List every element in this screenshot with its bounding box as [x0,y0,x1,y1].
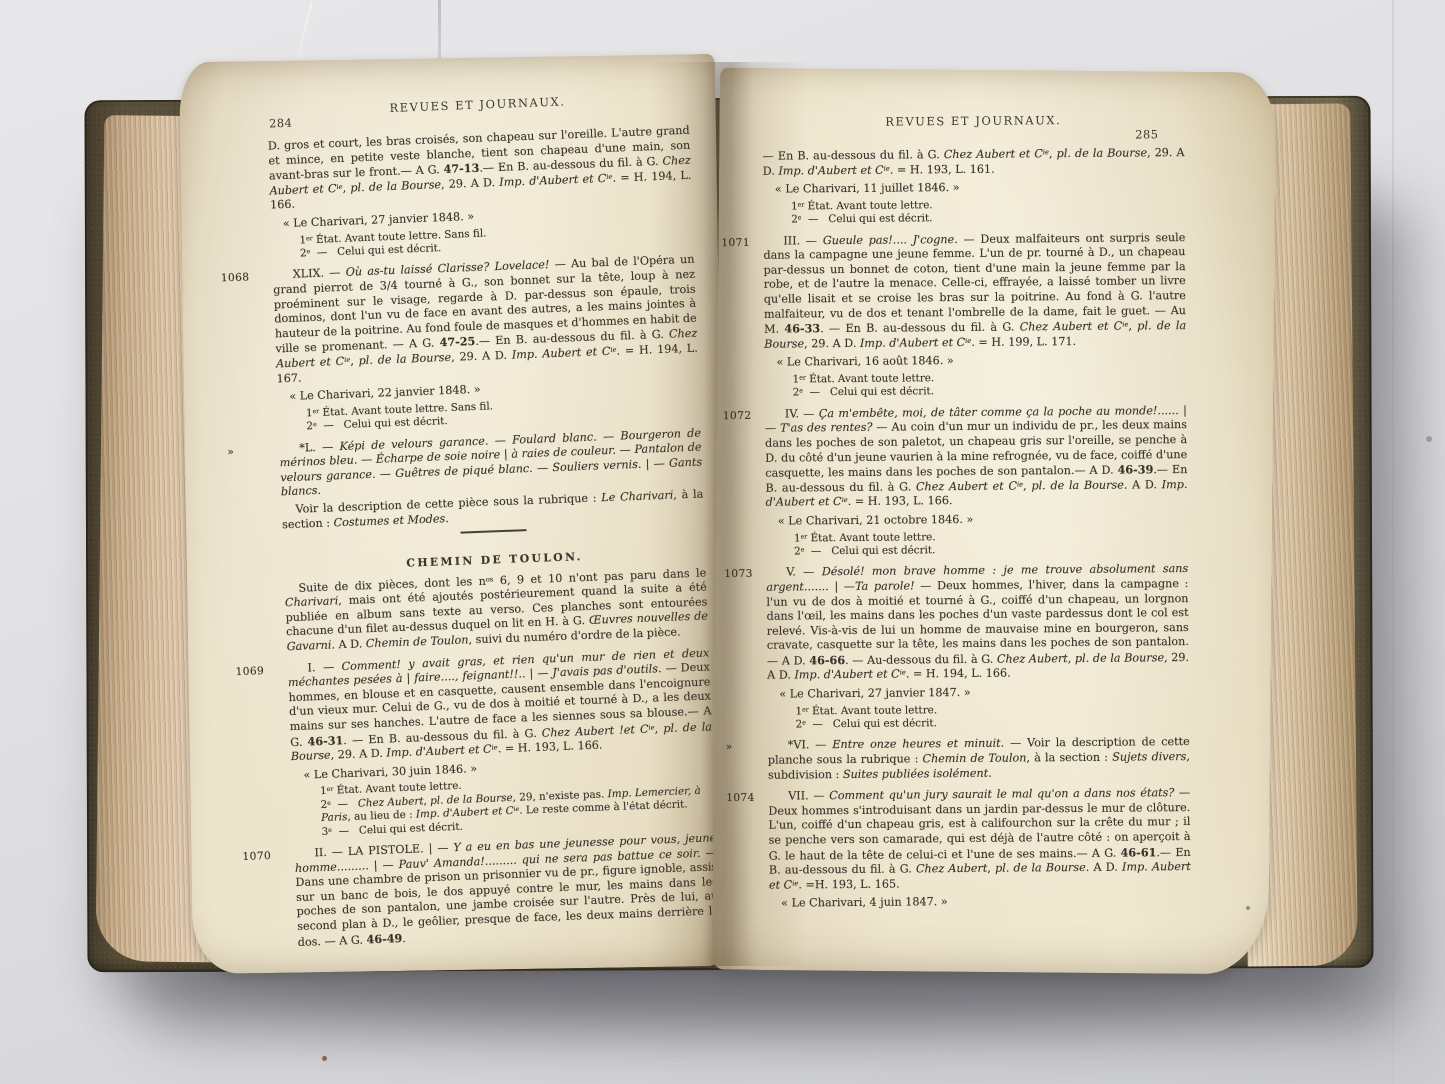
block-text: IV. — Ça m'embête, moi, de tâter comme ç… [765,404,1188,509]
block-cont: — En B. au-dessous du fil. à G. Chez Aub… [763,146,1185,179]
block-entry: »*VI. — Entre onze heures et minuit. — V… [768,735,1190,782]
state-line: 2e — Celui qui est décrit. [793,383,1187,400]
block-states: 1er État. Avant toute lettre.2e — Celui … [794,529,1188,559]
backdrop-crease [1392,0,1394,1084]
block-states: 1er État. Avant toute lettre.2e — Celui … [791,197,1185,227]
block-text: III. — Gueule pas!.... J'cogne. — Deux m… [763,231,1186,351]
block-states: 1er État. Avant toute lettre.2e — Celui … [795,702,1189,732]
entry-1070: 1070II. — LA PISTOLE. | — Y a eu en bas … [294,831,720,950]
block-text: « Le Charivari, 4 juin 1847. » [781,896,948,910]
right-page-header: REVUES ET JOURNAUX. 285 [762,112,1184,146]
block-text: *L. — Képi de velours garance. — Foulard… [280,426,703,499]
entry-margin-number: 1074 [726,791,755,806]
page-number: 284 [269,116,293,131]
block-text: Suite de dix pièces, dont les nos 6, 9 e… [285,566,708,653]
page-number: 285 [1135,127,1158,141]
entry-margin-number: 1072 [723,409,752,424]
entry-margin-number: » [227,445,234,460]
state-line: 2e — Celui qui est décrit. [796,715,1190,732]
block-text: I. — Comment! y avait gras, et rien qu'u… [288,646,712,763]
entry-margin-number: 1068 [221,271,250,287]
block-quote: « Le Charivari, 4 juin 1847. » [781,893,1191,911]
state-line: 2e — Celui qui est décrit. [794,542,1188,559]
block-quote: « Le Charivari, 11 juillet 1846. » [775,179,1185,197]
entry-margin-number: 1071 [721,235,750,250]
block-text: II. — LA PISTOLE. | — Y a eu en bas une … [295,831,719,948]
block-quote: « Le Charivari, 27 janvier 1847. » [779,684,1189,702]
block-para: Suite de dix pièces, dont les nos 6, 9 e… [284,566,708,655]
entry-1071: 1071III. — Gueule pas!.... J'cogne. — De… [763,231,1186,352]
block-text: D. gros et court, les bras croisés, son … [268,124,692,212]
entry-1069: 1069I. — Comment! y avait gras, et rien … [287,646,713,765]
block-text: « Le Charivari, 21 octobre 1846. » [778,513,974,528]
block-text: CHEMIN DE TOULON. [406,550,583,570]
block-text: « Le Charivari, 30 juin 1846. » [303,762,477,782]
right-page-text: — En B. au-dessous du fil. à G. Chez Aub… [763,146,1192,912]
entry-margin-number: » [726,740,733,755]
running-head: REVUES ET JOURNAUX. [762,112,1184,130]
block-quote: « Le Charivari, 16 août 1846. » [776,352,1186,370]
entry-1073: 1073V. — Désolé! mon brave homme : je me… [766,562,1189,683]
block-text: « Le Charivari, 16 août 1846. » [776,354,953,369]
block-quote: « Le Charivari, 21 octobre 1846. » [778,511,1188,529]
entry-1072: 1072IV. — Ça m'embête, moi, de tâter com… [765,404,1188,511]
block-text: XLIX. — Où as-tu laissé Clarisse? Lovela… [273,253,698,385]
running-head: REVUES ET JOURNAUX. [266,90,688,120]
left-page: REVUES ET JOURNAUX. 284 D. gros et court… [179,54,729,974]
block-text: « Le Charivari, 27 janvier 1848. » [283,210,475,230]
block-text: V. — Désolé! mon brave homme : je me tro… [766,562,1189,682]
entry-margin-number: 1070 [242,849,271,865]
block-text: *VI. — Entre onze heures et minuit. — Vo… [768,735,1190,781]
entry-1074: 1074VII. — Comment qu'un jury saurait le… [768,786,1191,893]
entry-1068: 1068XLIX. — Où as-tu laissé Clarisse? Lo… [273,253,699,386]
entry-margin-number: 1069 [235,664,264,680]
entry-margin-number: 1073 [724,567,753,582]
block-text: « Le Charivari, 27 janvier 1847. » [779,686,970,701]
dust-speck [1426,436,1432,442]
dust-speck [1246,906,1250,910]
book-photo-scene: REVUES ET JOURNAUX. 284 D. gros et court… [0,0,1445,1084]
state-line: 2e — Celui qui est décrit. [791,210,1185,227]
left-page-text: D. gros et court, les bras croisés, son … [268,124,720,950]
dust-speck [322,1056,327,1061]
block-states: 1er État. Avant toute lettre.2e — Chez A… [320,771,716,839]
block-text: — En B. au-dessous du fil. à G. Chez Aub… [763,146,1185,177]
block-states: 1er État. Avant toute lettre.2e — Celui … [793,370,1187,400]
block-text: « Le Charivari, 22 janvier 1848. » [289,383,481,403]
block-text: VII. — Comment qu'un jury saurait le mal… [768,786,1191,891]
block-cont: D. gros et court, les bras croisés, son … [268,124,692,214]
block-text: « Le Charivari, 11 juillet 1846. » [775,181,960,196]
right-page: REVUES ET JOURNAUX. 285 — En B. au-desso… [712,68,1276,975]
